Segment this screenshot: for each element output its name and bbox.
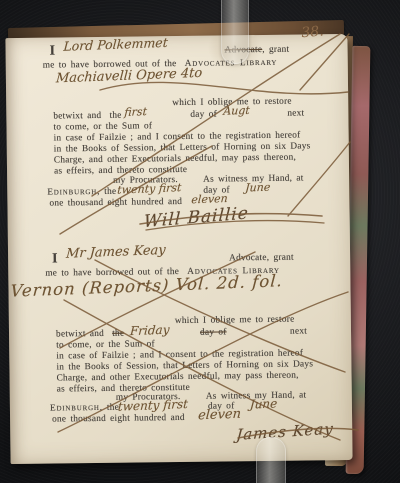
printed-betwixt: betwixt and the <box>56 329 124 340</box>
return-day: first <box>124 105 148 119</box>
printed-betwixt: betwixt and the <box>53 111 121 122</box>
printed-failzie-3: Charge, and other Executorials needful, … <box>54 153 296 166</box>
book-weight-strap-top <box>221 0 249 64</box>
signed-month: June <box>249 396 277 411</box>
register-page: 38. I Lord Polkemmet Advocate, grant me … <box>5 34 352 464</box>
signed-year: eleven <box>191 192 228 206</box>
printed-line-oblige: which I oblige me to restore <box>175 315 295 326</box>
photo-scene: 38. I Lord Polkemmet Advocate, grant me … <box>0 0 400 483</box>
folio-number: 38. <box>301 23 325 41</box>
struck-the-word: the <box>112 329 124 339</box>
printed-edinburgh: Edinburgh,the <box>47 187 116 198</box>
borrower-name: Mr James Keay <box>66 243 167 262</box>
return-day: Friday <box>130 323 170 339</box>
signed-month: June <box>245 181 271 195</box>
return-month: Augt <box>223 104 250 118</box>
signed-year: eleven <box>198 407 242 424</box>
edinburgh-word: Edinburgh, <box>47 187 100 198</box>
printed-next: next <box>290 326 307 336</box>
printed-day-of: day of <box>190 110 217 120</box>
printed-sum-line: to come, or the Sum of <box>56 339 155 350</box>
betwixt-text: betwixt and <box>56 329 104 340</box>
printed-failzie-3: Charge, and other Executorials needful, … <box>57 371 299 384</box>
the-word: the <box>109 111 121 121</box>
printed-year-line: one thousand eight hundred and <box>52 413 185 425</box>
edinburgh-word: Edinburgh, <box>50 403 103 414</box>
printed-next: next <box>287 108 304 118</box>
the-word: the <box>104 187 116 197</box>
printed-sum-line: to come, or the Sum of <box>53 121 152 132</box>
borrower-name: Lord Polkemmet <box>63 35 168 54</box>
printed-edinburgh: Edinburgh,the <box>50 403 119 414</box>
book-weight-strap-bottom <box>256 437 286 483</box>
printed-i: I <box>52 251 58 267</box>
printed-advocate-grant: Advocate, grant <box>229 253 294 264</box>
signature: James Keay <box>236 420 335 444</box>
signed-day: twenty first <box>117 397 188 414</box>
signed-day: twenty first <box>117 181 182 197</box>
register-book: 38. I Lord Polkemmet Advocate, grant me … <box>4 20 380 470</box>
grant-word: , grant <box>262 45 289 55</box>
printed-i: I <box>49 44 55 60</box>
printed-year-line: one thousand eight hundred and <box>49 197 182 209</box>
struck-day-of: day of <box>200 327 227 337</box>
betwixt-text: betwixt and <box>53 111 101 122</box>
signature: Will Baillie <box>143 203 249 232</box>
